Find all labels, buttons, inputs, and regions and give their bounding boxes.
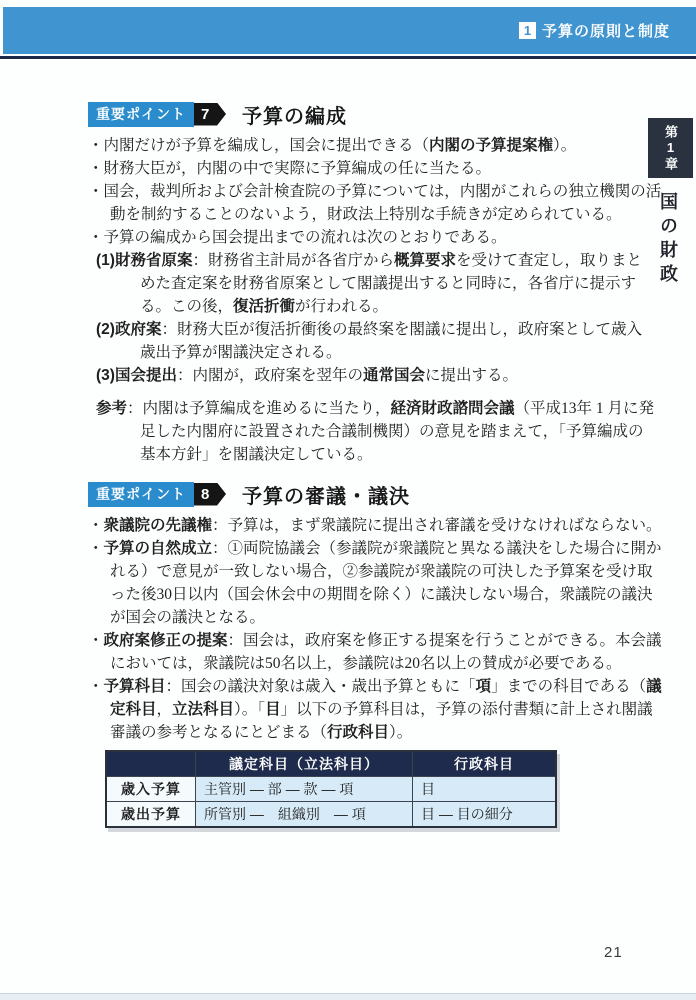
section-7-header: 重要ポイント 7 予算の編成 [88,100,644,128]
section-8-header: 重要ポイント 8 予算の審議・議決 [88,480,644,508]
text-line: 動を制約することのないよう，財政法上特別な手続きが定められている。 [88,203,644,226]
text-line: が国会の議決となる。 [88,606,644,629]
text-line: ・財務大臣が，内閣の中で実際に予算編成の任に当たる。 [88,157,644,180]
text-line: ・国会，裁判所および会計検査院の予算については，内閣がこれらの独立機関の活 [88,180,644,203]
text-line: 足した内閣府に設置された合議制機関）の意見を踏まえて，「予算編成の [88,420,644,443]
text-line: る。この後，復活折衝が行われる。 [88,295,644,318]
text-line: 定科目，立法科目）。「目」以下の予算科目は，予算の添付書類に計上され閣議 [88,698,644,721]
important-point-badge: 重要ポイント [88,482,194,507]
text-line: ・予算の編成から国会提出までの流れは次のとおりである。 [88,226,644,249]
table-header-row: 議定科目（立法科目） 行政科目 [106,751,556,777]
side-tab-section: 国の財政 [655,192,681,312]
section-7-body: ・内閣だけが予算を編成し，国会に提出できる（内閣の予算提案権）。・財務大臣が，内… [88,134,644,466]
text-line: ・衆議院の先議権：予算は，まず衆議院に提出され審議を受けなければならない。 [88,514,644,537]
table-header-administrative: 行政科目 [413,751,557,777]
text-line: ・予算科目：国会の議決対象は歳入・歳出予算ともに「項」までの科目である（議 [88,675,644,698]
section-8-body: ・衆議院の先議権：予算は，まず衆議院に提出され審議を受けなければならない。・予算… [88,514,644,744]
cell-administrative: 目 ― 目の細分 [413,802,557,828]
text-line: ・内閣だけが予算を編成し，国会に提出できる（内閣の予算提案権）。 [88,134,644,157]
page-number: 21 [604,944,623,961]
table-corner-cell [106,751,196,777]
row-label: 歳出予算 [106,802,196,828]
text-line: ・予算の自然成立：①両院協議会（参議院が衆議院と異なる議決をした場合に開か [88,537,644,560]
cell-legislative: 所管別 ― 組織別 ― 項 [196,802,413,828]
page: 1 予算の原則と制度 第1章 国の財政 重要ポイント 7 予算の編成 ・内閣だけ… [0,0,696,1000]
section-title: 予算の審議・議決 [242,480,410,509]
section-point-7: 重要ポイント 7 予算の編成 ・内閣だけが予算を編成し，国会に提出できる（内閣の… [88,100,644,466]
important-point-badge: 重要ポイント [88,102,194,127]
cell-legislative: 主管別 ― 部 ― 款 ― 項 [196,777,413,802]
section-point-8: 重要ポイント 8 予算の審議・議決 ・衆議院の先議権：予算は，まず衆議院に提出さ… [88,480,644,744]
table-row: 歳出予算 所管別 ― 組織別 ― 項 目 ― 目の細分 [106,802,556,828]
page-header-bar: 1 予算の原則と制度 [3,7,696,54]
cell-administrative: 目 [413,777,557,802]
text-line: においては，衆議院は50名以上，参議院は20名以上の賛成が必要である。 [88,652,644,675]
text-line: めた査定案を財務省原案として閣議提出すると同時に，各省庁に提示す [88,272,644,295]
text-line: ・政府案修正の提案：国会は，政府案を修正する提案を行うことができる。本会議 [88,629,644,652]
budget-category-table: 議定科目（立法科目） 行政科目 歳入予算 主管別 ― 部 ― 款 ― 項 目 歳… [105,750,557,828]
section-title: 予算の編成 [242,100,347,129]
text-line: 審議の参考となるにとどまる（行政科目）。 [88,721,644,744]
text-line: 基本方針」を閣議決定している。 [88,443,644,466]
text-line: れる）で意見が一致しない場合，②参議院が衆議院の可決した予算案を受け取 [88,560,644,583]
table-header-legislative: 議定科目（立法科目） [196,751,413,777]
header-divider-rule [0,56,696,59]
chapter-number-icon: 1 [519,22,536,39]
text-line: った後30日以内（国会休会中の期間を除く）に議決しない場合，衆議院の議決 [88,583,644,606]
text-line: (2)政府案：財務大臣が復活折衝後の最終案を閣議に提出し，政府案として歳入 [88,318,644,341]
footer-bar [0,993,696,1000]
text-line: 参考：内閣は予算編成を進めるに当たり，経済財政諮問会議（平成13年 1 月に発 [88,397,644,420]
text-line: 歳出予算が閣議決定される。 [88,341,644,364]
text-line: (3)国会提出：内閣が，政府案を翌年の通常国会に提出する。 [88,364,644,387]
header-title: 1 予算の原則と制度 [519,20,670,41]
point-number-arrow-icon: 7 [194,103,226,126]
side-tab-chapter: 第1章 [648,118,693,178]
row-label: 歳入予算 [106,777,196,802]
header-title-text: 予算の原則と制度 [542,20,670,41]
table-row: 歳入予算 主管別 ― 部 ― 款 ― 項 目 [106,777,556,802]
point-number-arrow-icon: 8 [194,483,226,506]
text-line: (1)財務省原案：財務省主計局が各省庁から概算要求を受けて査定し，取りまと [88,249,644,272]
